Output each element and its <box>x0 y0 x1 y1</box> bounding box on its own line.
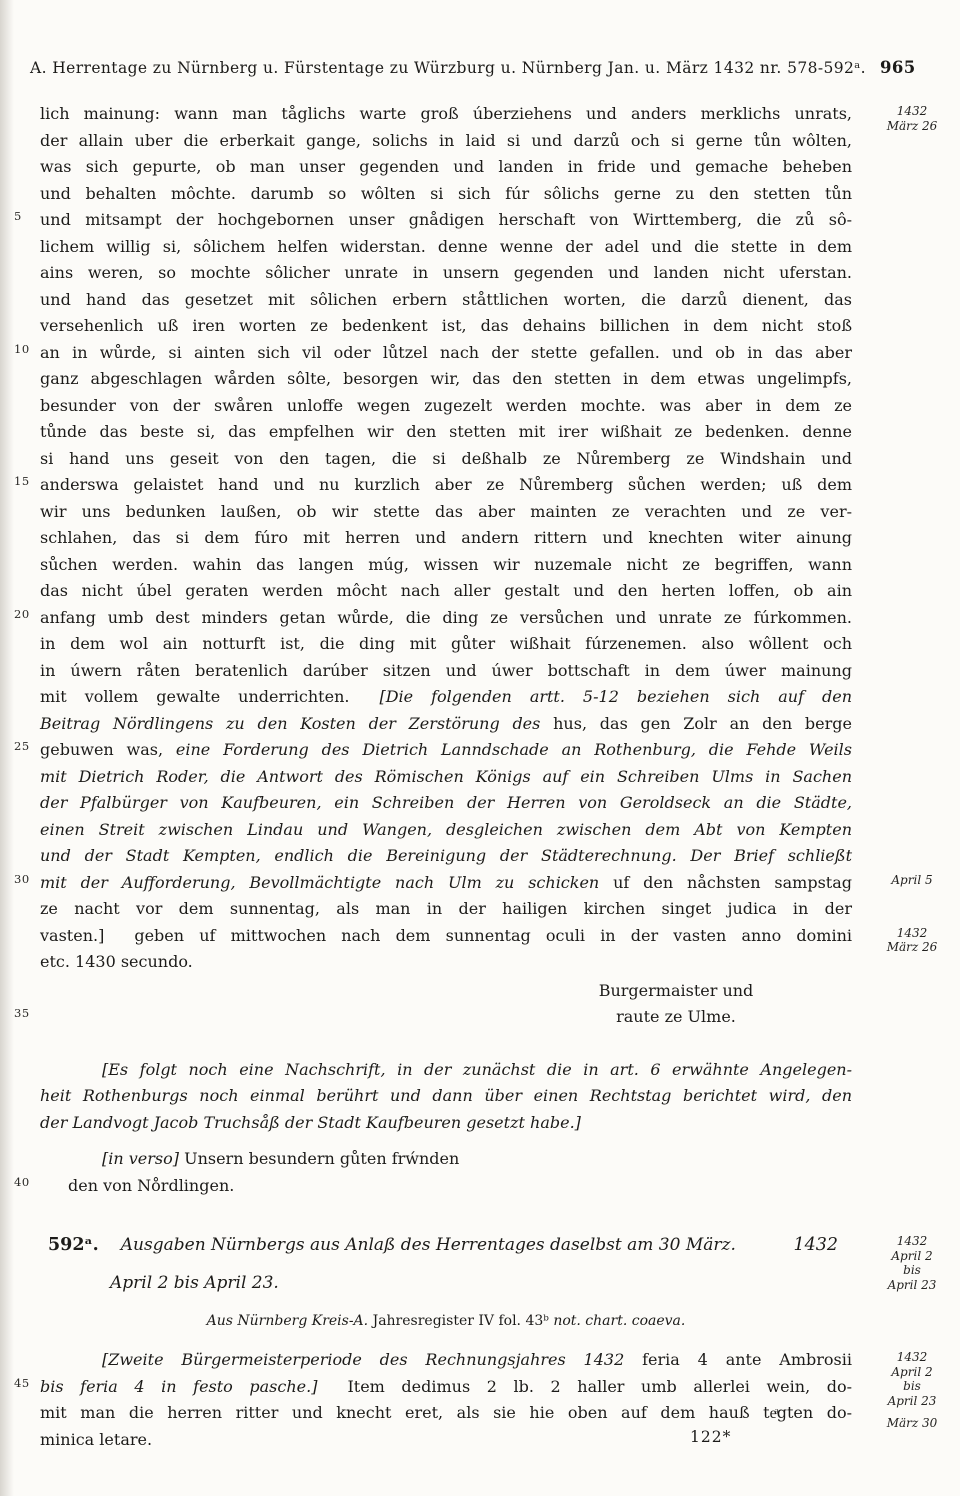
text-segment: geben uf mittwochen nach dem sunnentag o… <box>134 926 852 945</box>
text-line: und der Stadt Kempten, endlich die Berei… <box>40 843 852 870</box>
text-block: lich mainung: wann man tåglichs warte gr… <box>40 101 852 1446</box>
text-segment: vasten.] <box>40 926 104 945</box>
text-segment: wir uns bedunken laußen, ob wir stette d… <box>40 502 852 521</box>
editorial-postscript-note: [Es folgt noch eine Nachschrift, in der … <box>40 1057 852 1137</box>
running-header: A. Herrentage zu Nürnberg u. Fürstentage… <box>30 58 910 77</box>
text-line: [Es folgt noch eine Nachschrift, in der … <box>40 1057 852 1084</box>
entry-592a: 592ᵃ. Ausgaben Nürnbergs aus Anlaß des H… <box>40 1231 852 1297</box>
text-segment: einen Streit zwischen Lindau und Wangen,… <box>40 820 852 839</box>
text-segment: raute ze Ulme. <box>616 1007 736 1026</box>
text-segment: eine Forderung des Dietrich Lanndschade … <box>176 740 852 759</box>
text-line: ze nacht vor dem sunnentag, als man in d… <box>40 896 852 923</box>
margin-date-line: März 30 <box>860 1416 960 1431</box>
text-line: etc. 1430 secundo. <box>40 949 852 976</box>
entry-title: Ausgaben Nürnbergs aus Anlaß des Herrent… <box>121 1231 736 1259</box>
text-segment: mit vollem gewalte underrichten. <box>40 687 349 706</box>
text-line: ganz abgeschlagen wården sôlte, besorgen… <box>40 366 852 393</box>
text-segment: tůnde das beste si, das empfelhen wir de… <box>40 422 852 441</box>
margin-date-line: März 26 <box>860 119 960 134</box>
text-segment: mit Dietrich Roder, die Antwort des Römi… <box>40 767 852 786</box>
text-line: heit Rothenburgs noch einmal berührt und… <box>40 1083 852 1110</box>
text-segment: was sich gepurte, ob man unser gegenden … <box>40 157 852 176</box>
scanned-book-page: A. Herrentage zu Nürnberg u. Fürstentage… <box>0 0 960 1496</box>
text-segment: heit Rothenburgs noch einmal berührt und… <box>40 1086 852 1105</box>
running-header-title: A. Herrentage zu Nürnberg u. Fürstentage… <box>30 59 866 77</box>
entry-heading: 592ᵃ. Ausgaben Nürnbergs aus Anlaß des H… <box>40 1231 852 1259</box>
text-segment: mit der Aufforderung, Bevollmächtigte na… <box>40 873 613 892</box>
text-line: tůnde das beste si, das empfelhen wir de… <box>40 419 852 446</box>
text-segment: Unsern besundern gůten frẃnden <box>179 1149 459 1168</box>
text-segment: [Es folgt noch eine Nachschrift, in der … <box>102 1060 852 1079</box>
text-segment: in dem wol ain notturft ist, die ding mi… <box>40 634 852 653</box>
text-segment: [in verso] <box>102 1149 179 1168</box>
text-line: in dem wol ain notturft ist, die ding mi… <box>40 631 852 658</box>
text-line: 5und mitsampt der hochgebornen unser gnå… <box>40 207 852 234</box>
source-citation: Aus Nürnberg Kreis-A. Jahresregister IV … <box>40 1311 852 1331</box>
text-line: versehenlich uß iren worten ze bedenkent… <box>40 313 852 340</box>
text-line: ains weren, so mochte sôlicher unrate in… <box>40 260 852 287</box>
text-segment: si hand uns geseit von den tagen, die si… <box>40 449 852 468</box>
margin-date-note: 1432 April 2 bis April 23 <box>860 1234 960 1292</box>
text-line: vasten.]geben uf mittwochen nach dem sun… <box>40 923 852 950</box>
text-segment: etc. 1430 secundo. <box>40 952 193 971</box>
text-line: 10an in wůrde, si ainten sich vil oder l… <box>40 340 852 367</box>
margin-date-note: 1432März 26 <box>860 104 960 133</box>
text-segment: und mitsampt der hochgebornen unser gnåd… <box>40 210 852 229</box>
margin-date-line: April 2 <box>860 1249 960 1264</box>
margin-date-line: 1432 <box>860 926 960 941</box>
text-line: Burgermaister und <box>40 978 852 1005</box>
text-segment: bis feria 4 in festo pasche.] <box>40 1377 317 1396</box>
text-segment: minica letare. <box>40 1430 152 1449</box>
margin-date-note: April 5 <box>860 873 960 888</box>
text-line: besunder von der swåren unloffe wegen zu… <box>40 393 852 420</box>
line-number: 10 <box>14 344 30 356</box>
margin-date-note: 1432April 2bisApril 23 <box>860 1350 960 1408</box>
line-number: 15 <box>14 476 30 488</box>
margin-date-note: März 30 <box>860 1416 960 1431</box>
margin-date-note: 1432März 26 <box>860 926 960 955</box>
text-segment: feria 4 ante Ambrosii <box>642 1350 852 1369</box>
text-line: der Landvogt Jacob Truchsåß der Stadt Ka… <box>40 1110 852 1137</box>
line-number: 40 <box>14 1177 30 1189</box>
source-register: Jahresregister IV fol. 43ᵇ <box>373 1313 554 1329</box>
text-line: wir uns bedunken laußen, ob wir stette d… <box>40 499 852 526</box>
text-line: der allain uber die erberkait gange, sol… <box>40 128 852 155</box>
margin-date-line: bis <box>860 1263 960 1278</box>
text-line: und hand das gesetzet mit sôlichen erber… <box>40 287 852 314</box>
text-line: mit vollem gewalte underrichten.[Die fol… <box>40 684 852 711</box>
margin-date-line: 1432 <box>860 1350 960 1365</box>
text-line: mit man die herren ritter und knecht ere… <box>40 1400 852 1427</box>
line-number: 30 <box>14 874 30 886</box>
text-line: was sich gepurte, ob man unser gegenden … <box>40 154 852 181</box>
margin-date-line: 1432 <box>860 1234 960 1249</box>
text-segment: und behalten môchte. darumb so wôlten si… <box>40 184 852 203</box>
text-line: 25gebuwen was, eine Forderung des Dietri… <box>40 737 852 764</box>
text-segment: in úwern råten beratenlich darúber sitze… <box>40 661 852 680</box>
text-segment: mit man die herren ritter und knecht ere… <box>40 1403 852 1422</box>
margin-date-line: April 23 <box>860 1278 960 1293</box>
text-line: [in verso] Unsern besundern gůten frẃnde… <box>40 1146 852 1173</box>
text-segment: und hand das gesetzet mit sôlichen erber… <box>40 290 852 309</box>
text-segment: ains weren, so mochte sôlicher unrate in… <box>40 263 852 282</box>
margin-date-line: 1432 <box>860 104 960 119</box>
text-segment: ze nacht vor dem sunnentag, als man in d… <box>40 899 852 918</box>
text-line: Beitrag Nördlingens zu den Kosten der Ze… <box>40 711 852 738</box>
text-line: minica letare. <box>40 1427 852 1454</box>
text-segment: ganz abgeschlagen wården sôlte, besorgen… <box>40 369 852 388</box>
text-segment: Item dedimus 2 lb. 2 haller umb allerlei… <box>347 1377 852 1396</box>
text-segment: der Pfalbürger von Kaufbeuren, ein Schre… <box>40 793 852 812</box>
text-line: lichem willig si, sôlichem helfen widers… <box>40 234 852 261</box>
page-number: 965 <box>880 58 916 77</box>
text-segment: der Landvogt Jacob Truchsåß der Stadt Ka… <box>40 1113 581 1132</box>
text-segment: uf den nåchsten sampstag <box>613 873 852 892</box>
text-segment: das nicht úbel geraten werden môcht nach… <box>40 581 852 600</box>
text-segment: [Die folgenden artt. 5-12 beziehen sich … <box>379 687 852 706</box>
text-line: 30mit der Aufforderung, Bevollmächtigte … <box>40 870 852 897</box>
text-segment: Beitrag Nördlingens zu den Kosten der Ze… <box>40 714 553 733</box>
verso-address: [in verso] Unsern besundern gůten frẃnde… <box>40 1146 852 1199</box>
line-number: 25 <box>14 741 30 753</box>
text-line: 45bis feria 4 in festo pasche.]Item dedi… <box>40 1374 852 1401</box>
text-segment: anderswa gelaistet hand und nu kurzlich … <box>40 475 852 494</box>
text-line: si hand uns geseit von den tagen, die si… <box>40 446 852 473</box>
text-line: mit Dietrich Roder, die Antwort des Römi… <box>40 764 852 791</box>
text-segment: und der Stadt Kempten, endlich die Berei… <box>40 846 690 865</box>
entry-number: 592ᵃ. <box>40 1231 99 1259</box>
text-line: lich mainung: wann man tåglichs warte gr… <box>40 101 852 128</box>
margin-date-line: April 5 <box>860 873 960 888</box>
margin-date-line: April 23 <box>860 1394 960 1409</box>
text-segment: der allain uber die erberkait gange, sol… <box>40 131 852 150</box>
margin-date-line: April 2 <box>860 1365 960 1380</box>
text-segment: lich mainung: wann man tåglichs warte gr… <box>40 104 852 123</box>
text-line: 40den von No̊rdlingen. <box>40 1173 852 1200</box>
text-line: 15anderswa gelaistet hand und nu kurzlic… <box>40 472 852 499</box>
line-number: 35 <box>14 1008 30 1020</box>
margin-date-line: bis <box>860 1379 960 1394</box>
source-archive: Aus Nürnberg Kreis-A. <box>207 1313 368 1329</box>
text-segment: [Zweite Bürgermeisterperiode des Rechnun… <box>102 1350 642 1369</box>
source-note: not. chart. coaeva. <box>553 1313 685 1329</box>
margin-date-line: März 26 <box>860 940 960 955</box>
line-number: 5 <box>14 211 22 223</box>
text-line: 35raute ze Ulme. <box>40 1004 852 1031</box>
text-line: 20anfang umb dest minders getan wůrde, d… <box>40 605 852 632</box>
text-line: einen Streit zwischen Lindau und Wangen,… <box>40 817 852 844</box>
text-line: der Pfalbürger von Kaufbeuren, ein Schre… <box>40 790 852 817</box>
line-number: 45 <box>14 1378 30 1390</box>
text-segment: den von No̊rdlingen. <box>68 1176 234 1195</box>
text-segment: sůchen werden. wahin das langen múg, wis… <box>40 555 852 574</box>
text-segment: lichem willig si, sôlichem helfen widers… <box>40 237 852 256</box>
text-segment: Der Brief schließt <box>690 846 852 865</box>
text-segment: hus, das gen Zolr an den berge <box>553 714 852 733</box>
entry-title-continued: April 2 bis April 23. <box>40 1269 852 1297</box>
text-line: schlahen, das si dem fúro mit herren und… <box>40 525 852 552</box>
account-paragraph: [Zweite Bürgermeisterperiode des Rechnun… <box>40 1347 852 1453</box>
line-number: 20 <box>14 609 30 621</box>
letter-signature: Burgermaister und35raute ze Ulme. <box>40 978 852 1031</box>
text-segment: an in wůrde, si ainten sich vil oder lůt… <box>40 343 852 362</box>
text-line: [Zweite Bürgermeisterperiode des Rechnun… <box>40 1347 852 1374</box>
text-segment: schlahen, das si dem fúro mit herren und… <box>40 528 852 547</box>
text-line: in úwern råten beratenlich darúber sitze… <box>40 658 852 685</box>
letter-body: lich mainung: wann man tåglichs warte gr… <box>40 101 852 976</box>
text-segment: Burgermaister und <box>599 981 754 1000</box>
entry-year: 1432 <box>793 1231 852 1259</box>
text-segment: anfang umb dest minders getan wůrde, die… <box>40 608 852 627</box>
text-segment: versehenlich uß iren worten ze bedenkent… <box>40 316 852 335</box>
text-line: sůchen werden. wahin das langen múg, wis… <box>40 552 852 579</box>
text-line: das nicht úbel geraten werden môcht nach… <box>40 578 852 605</box>
text-segment: gebuwen was, <box>40 740 176 759</box>
text-segment: besunder von der swåren unloffe wegen zu… <box>40 396 852 415</box>
text-line: und behalten môchte. darumb so wôlten si… <box>40 181 852 208</box>
